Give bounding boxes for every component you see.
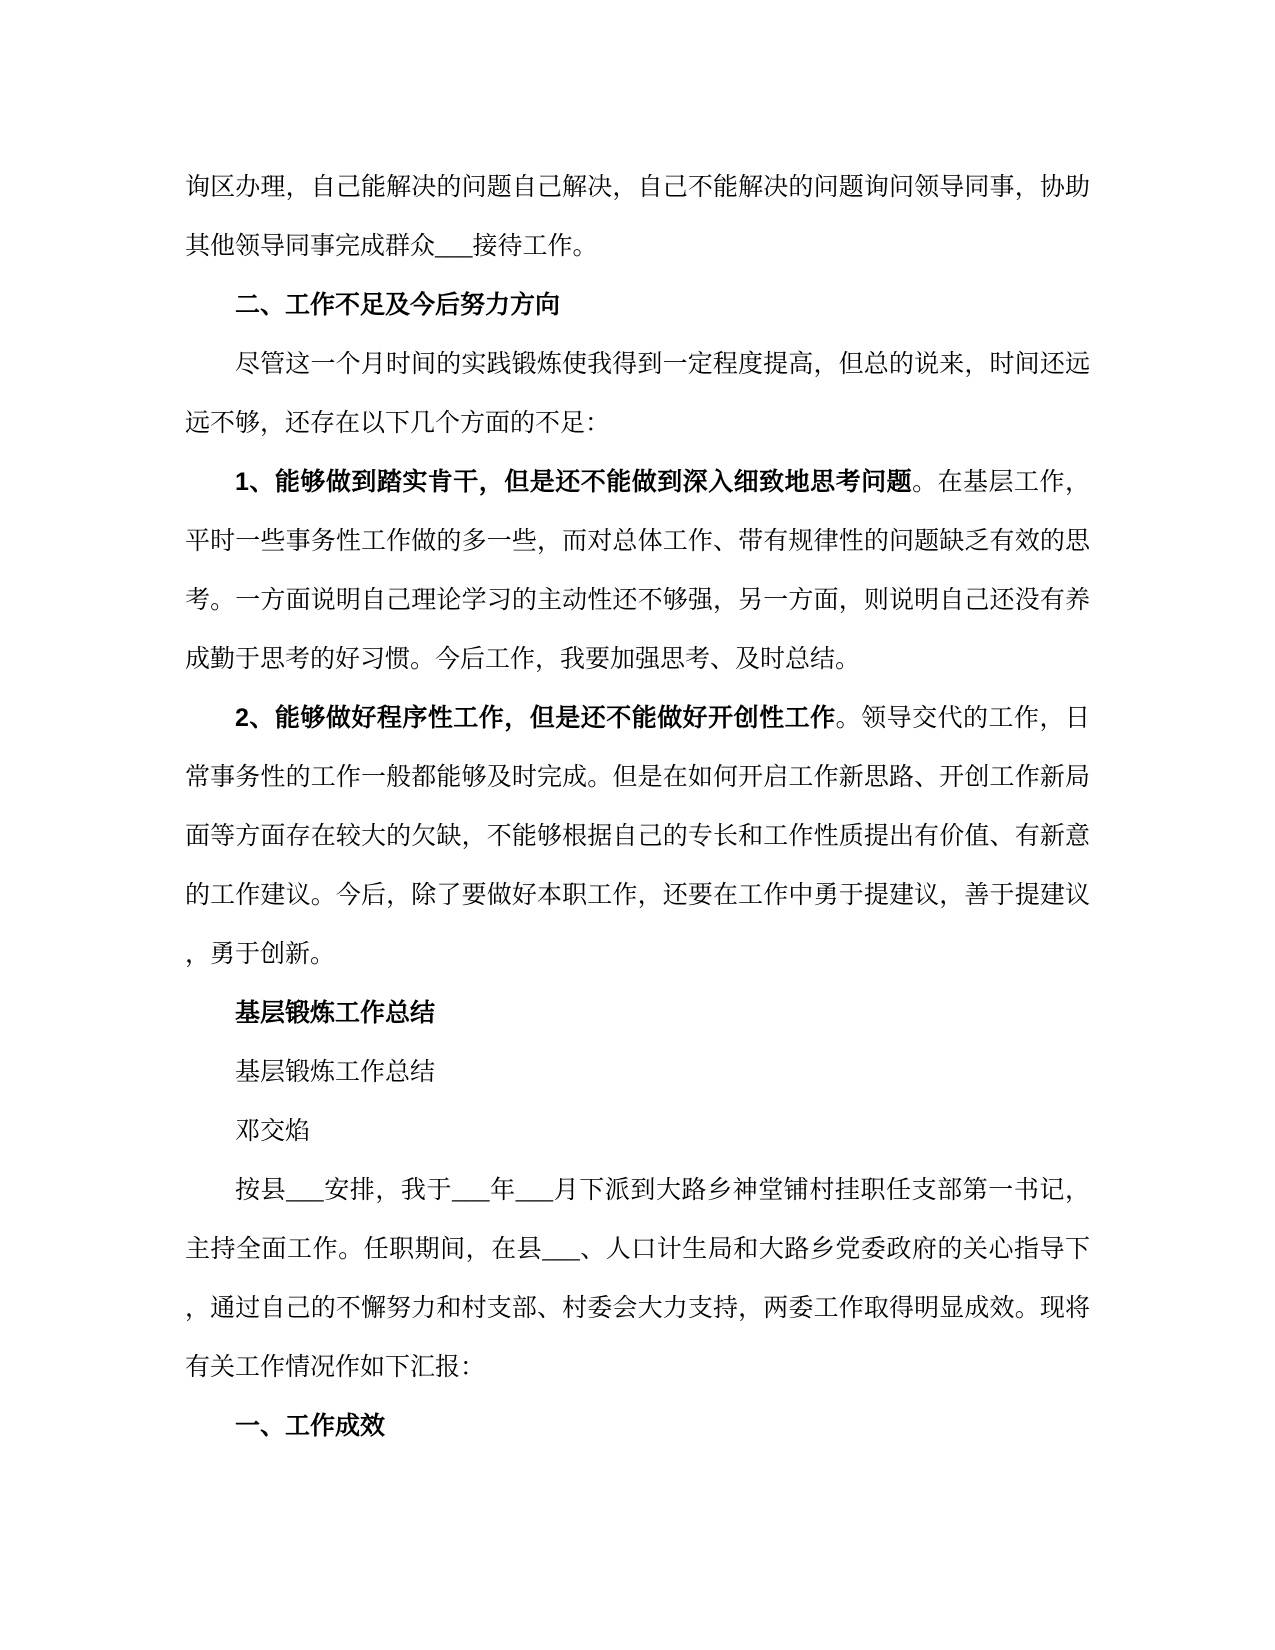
paragraph-text: 询区办理，自己能解决的问题自己解决，自己不能解决的问题询问领导同事，协助其他领导…: [185, 174, 1090, 260]
document-page: 询区办理，自己能解决的问题自己解决，自己不能解决的问题询问领导同事，协助其他领导…: [0, 0, 1275, 1650]
paragraph-shortcoming-2: 2、能够做好程序性工作，但是还不能做好开创性工作。领导交代的工作，日常事务性的工…: [185, 689, 1090, 984]
paragraph-lead-bold: 1、能够做到踏实肯干，但是还不能做到深入细致地思考问题: [235, 468, 912, 496]
paragraph-text: 。领导交代的工作，日常事务性的工作一般都能够及时完成。但是在如何开启工作新思路、…: [185, 705, 1090, 968]
document-content: 询区办理，自己能解决的问题自己解决，自己不能解决的问题询问领导同事，协助其他领导…: [185, 0, 1090, 1456]
paragraph-shortcoming-1: 1、能够做到踏实肯干，但是还不能做到深入细致地思考问题。在基层工作，平时一些事务…: [185, 453, 1090, 689]
paragraph-appointment-overview: 按县___安排，我于___年___月下派到大路乡神堂铺村挂职任支部第一书记，主持…: [185, 1161, 1090, 1397]
paragraph-text: 尽管这一个月时间的实践锻炼使我得到一定程度提高，但总的说来，时间还远远不够，还存…: [185, 351, 1090, 437]
paragraph-text: 基层锻炼工作总结: [235, 1059, 435, 1086]
heading-work-achievements: 一、工作成效: [185, 1397, 1090, 1456]
paragraph-lead-bold: 2、能够做好程序性工作，但是还不能做好开创性工作: [235, 704, 836, 732]
paragraph-summary-subtitle: 基层锻炼工作总结: [185, 1043, 1090, 1102]
heading-text: 二、工作不足及今后努力方向: [235, 291, 560, 319]
paragraph-shortcomings-intro: 尽管这一个月时间的实践锻炼使我得到一定程度提高，但总的说来，时间还远远不够，还存…: [185, 335, 1090, 453]
paragraph-text: 。在基层工作，平时一些事务性工作做的多一些，而对总体工作、带有规律性的问题缺乏有…: [185, 469, 1090, 673]
paragraph-text: 按县___安排，我于___年___月下派到大路乡神堂铺村挂职任支部第一书记，主持…: [185, 1177, 1090, 1381]
paragraph-author-name: 邓交焰: [185, 1102, 1090, 1161]
heading-grassroots-training-summary: 基层锻炼工作总结: [185, 984, 1090, 1043]
heading-text: 基层锻炼工作总结: [235, 999, 435, 1027]
paragraph-reception-work-continuation: 询区办理，自己能解决的问题自己解决，自己不能解决的问题询问领导同事，协助其他领导…: [185, 158, 1090, 276]
paragraph-text: 邓交焰: [235, 1118, 310, 1145]
heading-text: 一、工作成效: [235, 1412, 385, 1440]
heading-shortcomings-and-future-direction: 二、工作不足及今后努力方向: [185, 276, 1090, 335]
